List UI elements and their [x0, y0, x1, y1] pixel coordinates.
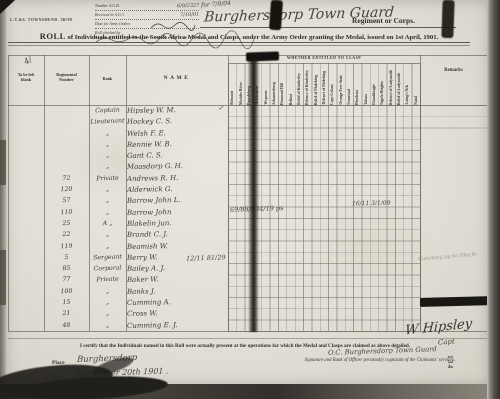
rank: „: [89, 319, 126, 331]
clasp-name: Rhodesia: [355, 90, 359, 105]
clasp-name: Johannesburg: [272, 82, 276, 105]
scan-edge-mark: [0, 250, 6, 305]
ag-line-label: Received in A.G.3: [95, 11, 124, 19]
clasp-name: Wepener: [264, 90, 268, 105]
handwritten-reference-b: 16/11 3/1/09: [352, 200, 391, 208]
clasp-column-header: Transvaal: [345, 63, 353, 105]
clasp-name: Relief of Ladysmith: [397, 73, 401, 105]
rank: „: [89, 127, 126, 139]
column-header-name: NAME: [126, 76, 228, 81]
rank: Lieutenant: [89, 116, 126, 128]
clasp-column-header: Relief of Ladysmith: [395, 63, 403, 105]
clasp-column-header: Rhodesia: [353, 63, 361, 105]
officer-signature-rank: Capt: [438, 337, 455, 346]
clasp-column-header: Elandslaagte: [370, 63, 378, 105]
rank: „: [89, 229, 126, 241]
clasp-name: Transvaal: [347, 89, 351, 105]
clasp-column-header: Defence of Ladysmith: [387, 63, 395, 105]
clasp-name: Cape Colony: [330, 84, 334, 105]
rank: „: [89, 161, 126, 173]
clasp-name: Natal: [414, 96, 418, 105]
ag-line-handwritten-value: 6/9/2327: [176, 2, 199, 11]
clasp-column-header: Cape Colony: [328, 63, 336, 105]
clasp-column-header: Belfast: [286, 63, 294, 105]
clasp-column-header: Relief of Mafeking: [311, 63, 319, 105]
clasp-name: Defence of Ladysmith: [389, 70, 393, 105]
redaction-bar: [420, 296, 493, 307]
scan-edge-mark: [0, 140, 6, 185]
clasp-column-header: Modder River: [236, 63, 244, 105]
regimental-number: 21: [44, 308, 89, 321]
clasp-column-header: Diamond Hill: [278, 63, 286, 105]
clasp-column-header: Defence of Mafeking: [320, 63, 328, 105]
page-number: 134: [446, 355, 455, 369]
clasp-column-header: Orange Free State: [336, 63, 344, 105]
regimental-number: [44, 149, 89, 151]
regimental-number: 22: [44, 228, 89, 241]
clasp-name: Relief of Mafeking: [314, 75, 318, 105]
regimental-number: [44, 104, 89, 106]
handwritten-insertion: [95, 36, 275, 46]
regimental-number: [44, 161, 89, 163]
rank: Private: [89, 274, 126, 286]
printer-imprint: L.T.&S. TOWNSHEND. 3B/99: [10, 17, 72, 22]
clasp-name: Diamond Hill: [280, 83, 284, 105]
name: Brandt C. J.: [127, 228, 232, 241]
clasp-column-header: Talana: [362, 63, 370, 105]
medal-roll-scan: L.T.&S. TOWNSHEND. 3B/99 Number A.G.B. 6…: [0, 0, 500, 399]
clasp-column-header: Tugela Heights: [378, 63, 386, 105]
regimental-number: [44, 116, 89, 118]
regimental-number: 57: [44, 195, 89, 208]
regimental-number: 48: [44, 319, 89, 332]
rank: „: [89, 206, 126, 218]
clasp-name: Modder River: [239, 82, 243, 105]
rank: „: [89, 195, 126, 207]
rank: „: [89, 308, 126, 320]
ink-blot: [441, 0, 454, 38]
column-header-rank: Rank: [89, 76, 126, 81]
clasp-name: Talana: [364, 94, 368, 105]
scan-right-edge: [487, 0, 500, 399]
clasp-name: Tugela Heights: [380, 81, 384, 105]
ag-line-label: Number A.G.B.: [95, 2, 120, 10]
clasp-column-header: Belmont: [228, 63, 236, 105]
clasp-name: Belfast: [289, 94, 293, 105]
handwritten-scribble: [150, 20, 196, 34]
clasp-column-header: Johannesburg: [270, 63, 278, 105]
regimental-number: [44, 138, 89, 140]
scan-left-edge: [0, 0, 6, 399]
clasp-name: Defence of Kimberley: [305, 70, 309, 105]
ag-registry-line: Received in A.G.3 7/10/01: [95, 11, 199, 20]
name: Cumming E. J.: [127, 319, 232, 332]
column-header-blank: To be left blank: [8, 72, 44, 82]
clasp-name: Defence of Mafeking: [322, 71, 326, 105]
ag-line-handwritten-value: 7/10/01: [180, 11, 200, 20]
clasp-name: Belmont: [230, 91, 234, 105]
ag-registry-line: Number A.G.B. 6/9/2327: [95, 2, 199, 11]
ag-line-label: Date for Army Orders: [95, 20, 130, 28]
ink-blot: [269, 0, 283, 30]
clasp-name: Elandslaagte: [372, 84, 376, 105]
name: Hockey C. S.: [127, 115, 232, 128]
clasp-column-header: Laing's Nek: [403, 63, 411, 105]
clasp-column-header: Relief of Kimberley: [295, 63, 303, 105]
clasp-name: Relief of Kimberley: [297, 73, 301, 105]
clasp-name: Laing's Nek: [405, 85, 409, 105]
regimental-number: [44, 127, 89, 129]
clasp-column-header: Defence of Kimberley: [303, 63, 311, 105]
column-header-regimental-number: Regimental Number: [44, 72, 89, 82]
name: Cross W.: [127, 307, 232, 320]
clasp-column-header: Natal: [412, 63, 420, 105]
roll-title-lead: ROLL: [40, 31, 66, 41]
clasp-name: Orange Free State: [339, 75, 343, 105]
rank: „: [89, 240, 126, 252]
clasp-column-header: Wepener: [261, 63, 269, 105]
column-header-remarks: Remarks: [420, 68, 487, 73]
tick-mark: ✓: [218, 104, 224, 112]
book-fold-shadow: [248, 54, 259, 332]
handwritten-reference-c: 12/11 81/29: [186, 253, 226, 262]
regimental-number: 77: [44, 274, 89, 287]
